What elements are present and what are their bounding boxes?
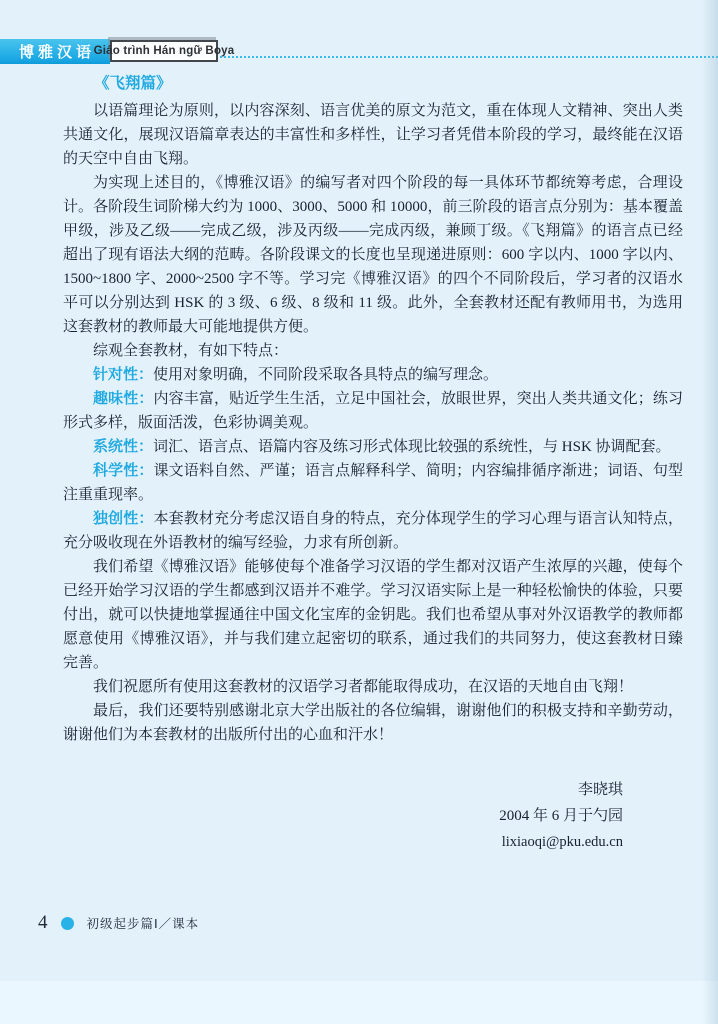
page-header: 博雅汉语 Giáo trình Hán ngữ Boya xyxy=(0,39,718,64)
feature-text: 课文语料自然、严谨；语言点解释科学、简明；内容编排循序渐进；词语、句型注重重现率… xyxy=(63,463,683,503)
feature-text: 本套教材充分考虑汉语自身的特点，充分体现学生的学习心理与语言认知特点，充分吸收现… xyxy=(63,511,683,551)
signature-date: 2004 年 6 月于勺园 xyxy=(63,803,623,829)
page-number: 4 xyxy=(38,912,48,934)
paragraph: 以语篇理论为原则，以内容深刻、语言优美的原文为范文，重在体现人文精神、突出人类共… xyxy=(63,99,683,171)
footer-dot-icon xyxy=(61,917,74,930)
feature-item: 针对性：使用对象明确，不同阶段采取各具特点的编写理念。 xyxy=(63,363,683,387)
feature-label: 独创性： xyxy=(93,511,154,527)
bottom-band xyxy=(0,981,718,1024)
series-subtitle: Giáo trình Hán ngữ Boya xyxy=(94,45,235,57)
series-subtitle-box: Giáo trình Hán ngữ Boya xyxy=(110,40,218,62)
feature-text: 词汇、语言点、语篇内容及练习形式体现比较强的系统性，与 HSK 协调配套。 xyxy=(153,439,671,455)
feature-item: 系统性：词汇、语言点、语篇内容及练习形式体现比较强的系统性，与 HSK 协调配套… xyxy=(63,435,683,459)
feature-label: 系统性： xyxy=(93,439,153,455)
page-edge-shadow xyxy=(702,0,718,1024)
feature-text: 使用对象明确，不同阶段采取各具特点的编写理念。 xyxy=(153,367,498,383)
feature-text: 内容丰富，贴近学生生活，立足中国社会，放眼世界，突出人类共通文化；练习形式多样，… xyxy=(63,391,683,431)
feature-label: 科学性： xyxy=(93,463,154,479)
brand-title: 博雅汉语 xyxy=(19,41,95,62)
feature-label: 趣味性： xyxy=(93,391,154,407)
signature-block: 李晓琪 2004 年 6 月于勺园 lixiaoqi@pku.edu.cn xyxy=(63,777,683,855)
paragraph: 最后，我们还要特别感谢北京大学出版社的各位编辑，谢谢他们的积极支持和辛勤劳动，谢… xyxy=(63,699,683,747)
paragraph: 综观全套教材，有如下特点： xyxy=(63,339,683,363)
author-email: lixiaoqi@pku.edu.cn xyxy=(63,829,623,855)
feature-item: 趣味性：内容丰富，贴近学生生活，立足中国社会，放眼世界，突出人类共通文化；练习形… xyxy=(63,387,683,435)
author-name: 李晓琪 xyxy=(63,777,623,803)
preface-text: 《飞翔篇》 以语篇理论为原则，以内容深刻、语言优美的原文为范文，重在体现人文精神… xyxy=(63,72,683,855)
footer-series-label: 初级起步篇Ⅰ／课本 xyxy=(87,914,200,932)
paragraph: 我们祝愿所有使用这套教材的汉语学习者都能取得成功，在汉语的天地自由飞翔！ xyxy=(63,675,683,699)
paragraph: 我们希望《博雅汉语》能够使每个准备学习汉语的学生都对汉语产生浓厚的兴趣，使每个已… xyxy=(63,555,683,675)
feature-item: 科学性：课文语料自然、严谨；语言点解释科学、简明；内容编排循序渐进；词语、句型注… xyxy=(63,459,683,507)
header-dotted-divider xyxy=(220,56,718,58)
section-title: 《飞翔篇》 xyxy=(63,72,683,96)
feature-label: 针对性： xyxy=(93,367,153,383)
page-footer: 4 初级起步篇Ⅰ／课本 xyxy=(38,912,199,934)
paragraph: 为实现上述目的，《博雅汉语》的编写者对四个阶段的每一具体环节都统筹考虑，合理设计… xyxy=(63,171,683,339)
feature-item: 独创性：本套教材充分考虑汉语自身的特点，充分体现学生的学习心理与语言认知特点，充… xyxy=(63,507,683,555)
book-page: 博雅汉语 Giáo trình Hán ngữ Boya 《飞翔篇》 以语篇理论… xyxy=(0,0,718,1024)
